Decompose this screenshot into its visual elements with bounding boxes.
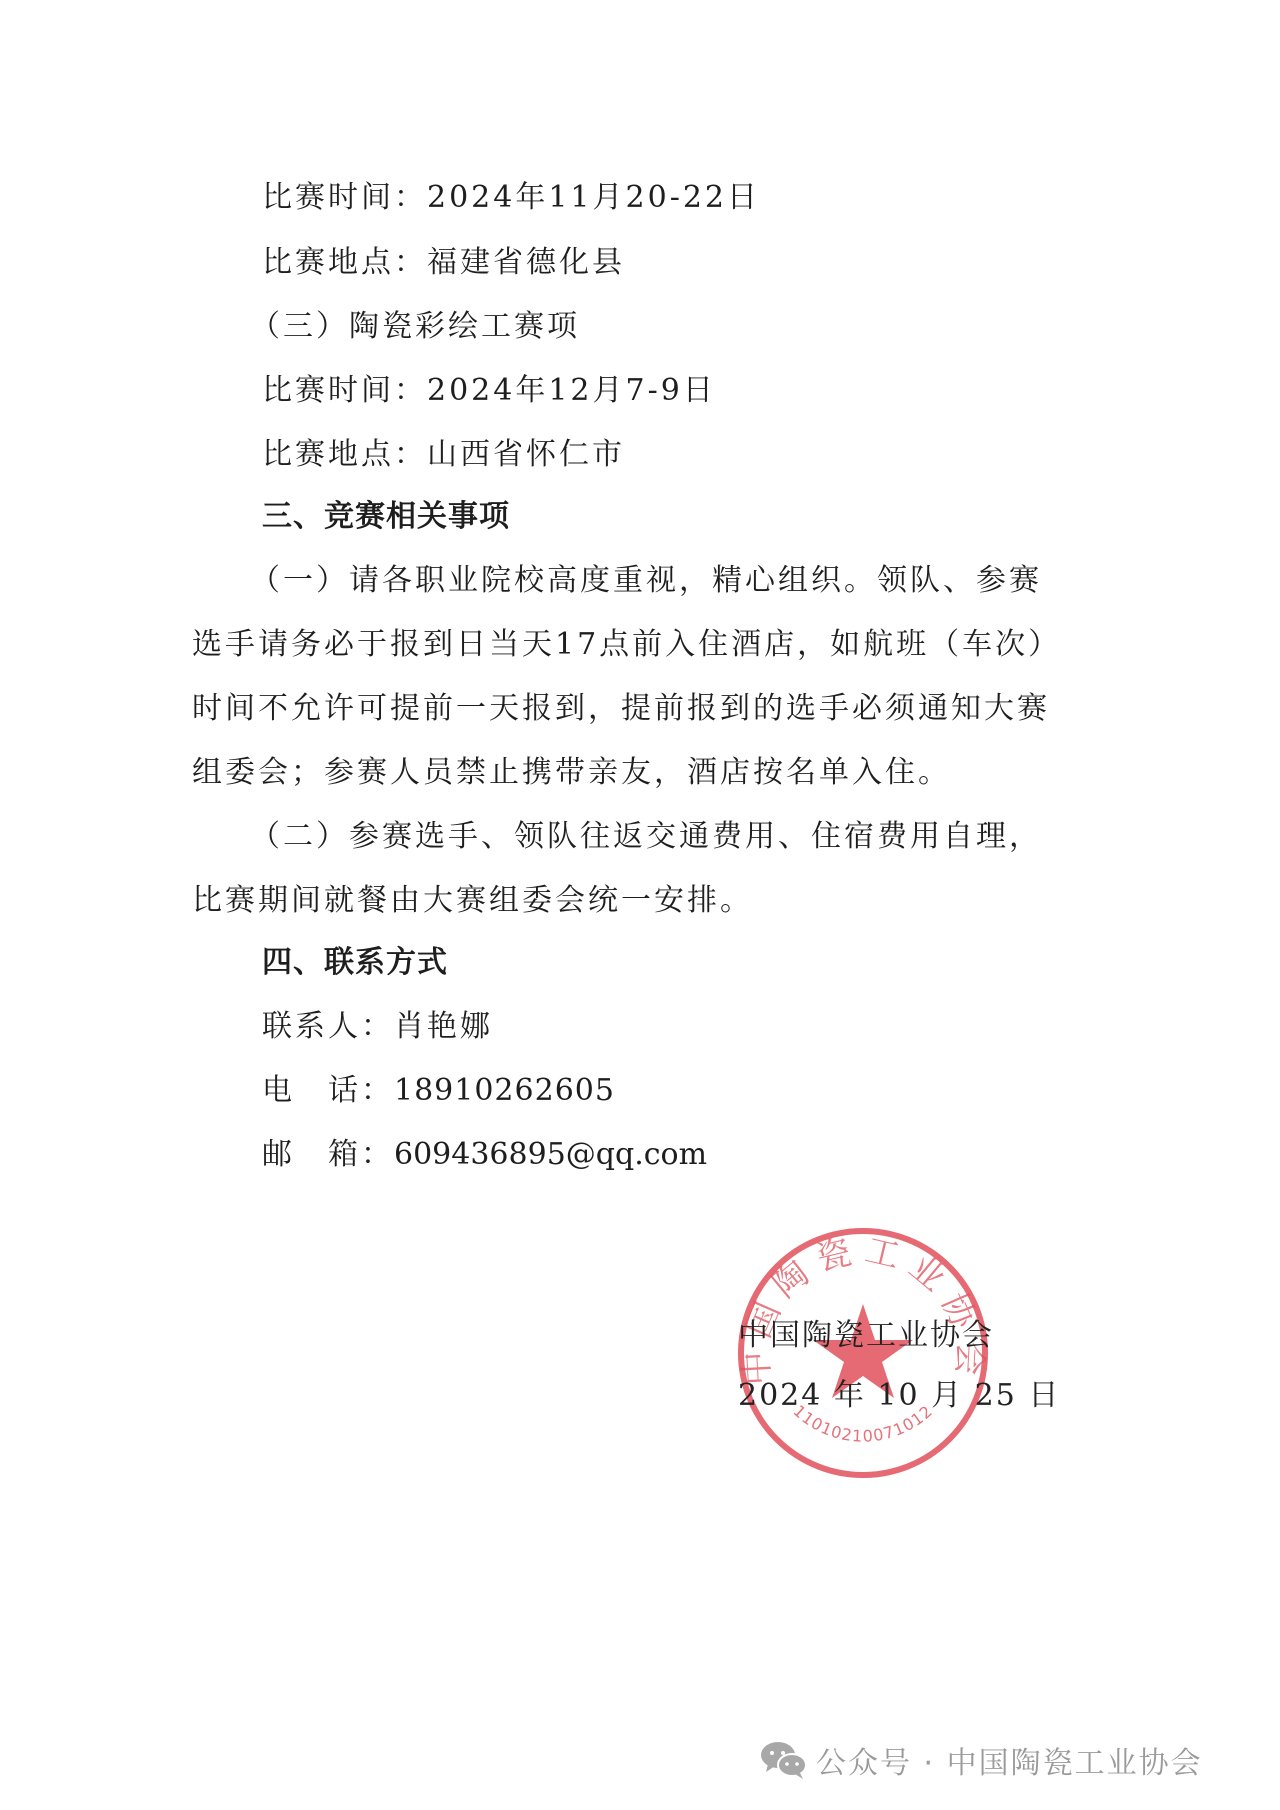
competition-location-2: 比赛地点：福建省德化县 (262, 243, 625, 283)
para1-line-3: 时间不允许可提前一天报到，提前报到的选手必须通知大赛 (192, 689, 1050, 729)
para2-line-2: 比赛期间就餐由大赛组委会统一安排。 (192, 881, 753, 921)
contact-email: 邮 箱：609436895@qq.com (262, 1135, 707, 1175)
section3-heading: 三、竞赛相关事项 (262, 497, 510, 537)
competition-location-3: 比赛地点：山西省怀仁市 (262, 435, 625, 475)
contact-person: 联系人：肖艳娜 (262, 1007, 493, 1047)
signature-date: 2024 年 10 月 25 日 (738, 1376, 1060, 1416)
para2-line-1: （二）参赛选手、领队往返交通费用、住宿费用自理， (250, 817, 1042, 857)
competition-time-3: 比赛时间：2024年12月7-9日 (262, 371, 716, 411)
signature-org: 中国陶瓷工业协会 (738, 1316, 994, 1356)
subsection-title-3: （三）陶瓷彩绘工赛项 (250, 307, 580, 347)
contact-phone: 电 话：18910262605 (262, 1071, 615, 1111)
para1-line-2: 选手请务必于报到日当天17点前入住酒店，如航班（车次） (192, 625, 1061, 665)
wechat-watermark: 公众号 · 中国陶瓷工业协会 (760, 1738, 1203, 1782)
para1-line-1: （一）请各职业院校高度重视，精心组织。领队、参赛 (250, 561, 1042, 601)
watermark-text: 公众号 · 中国陶瓷工业协会 (816, 1738, 1203, 1782)
section4-heading: 四、联系方式 (262, 943, 448, 983)
wechat-icon (760, 1740, 808, 1780)
competition-time-2: 比赛时间：2024年11月20-22日 (262, 178, 760, 218)
para1-line-4: 组委会；参赛人员禁止携带亲友，酒店按名单入住。 (192, 753, 951, 793)
